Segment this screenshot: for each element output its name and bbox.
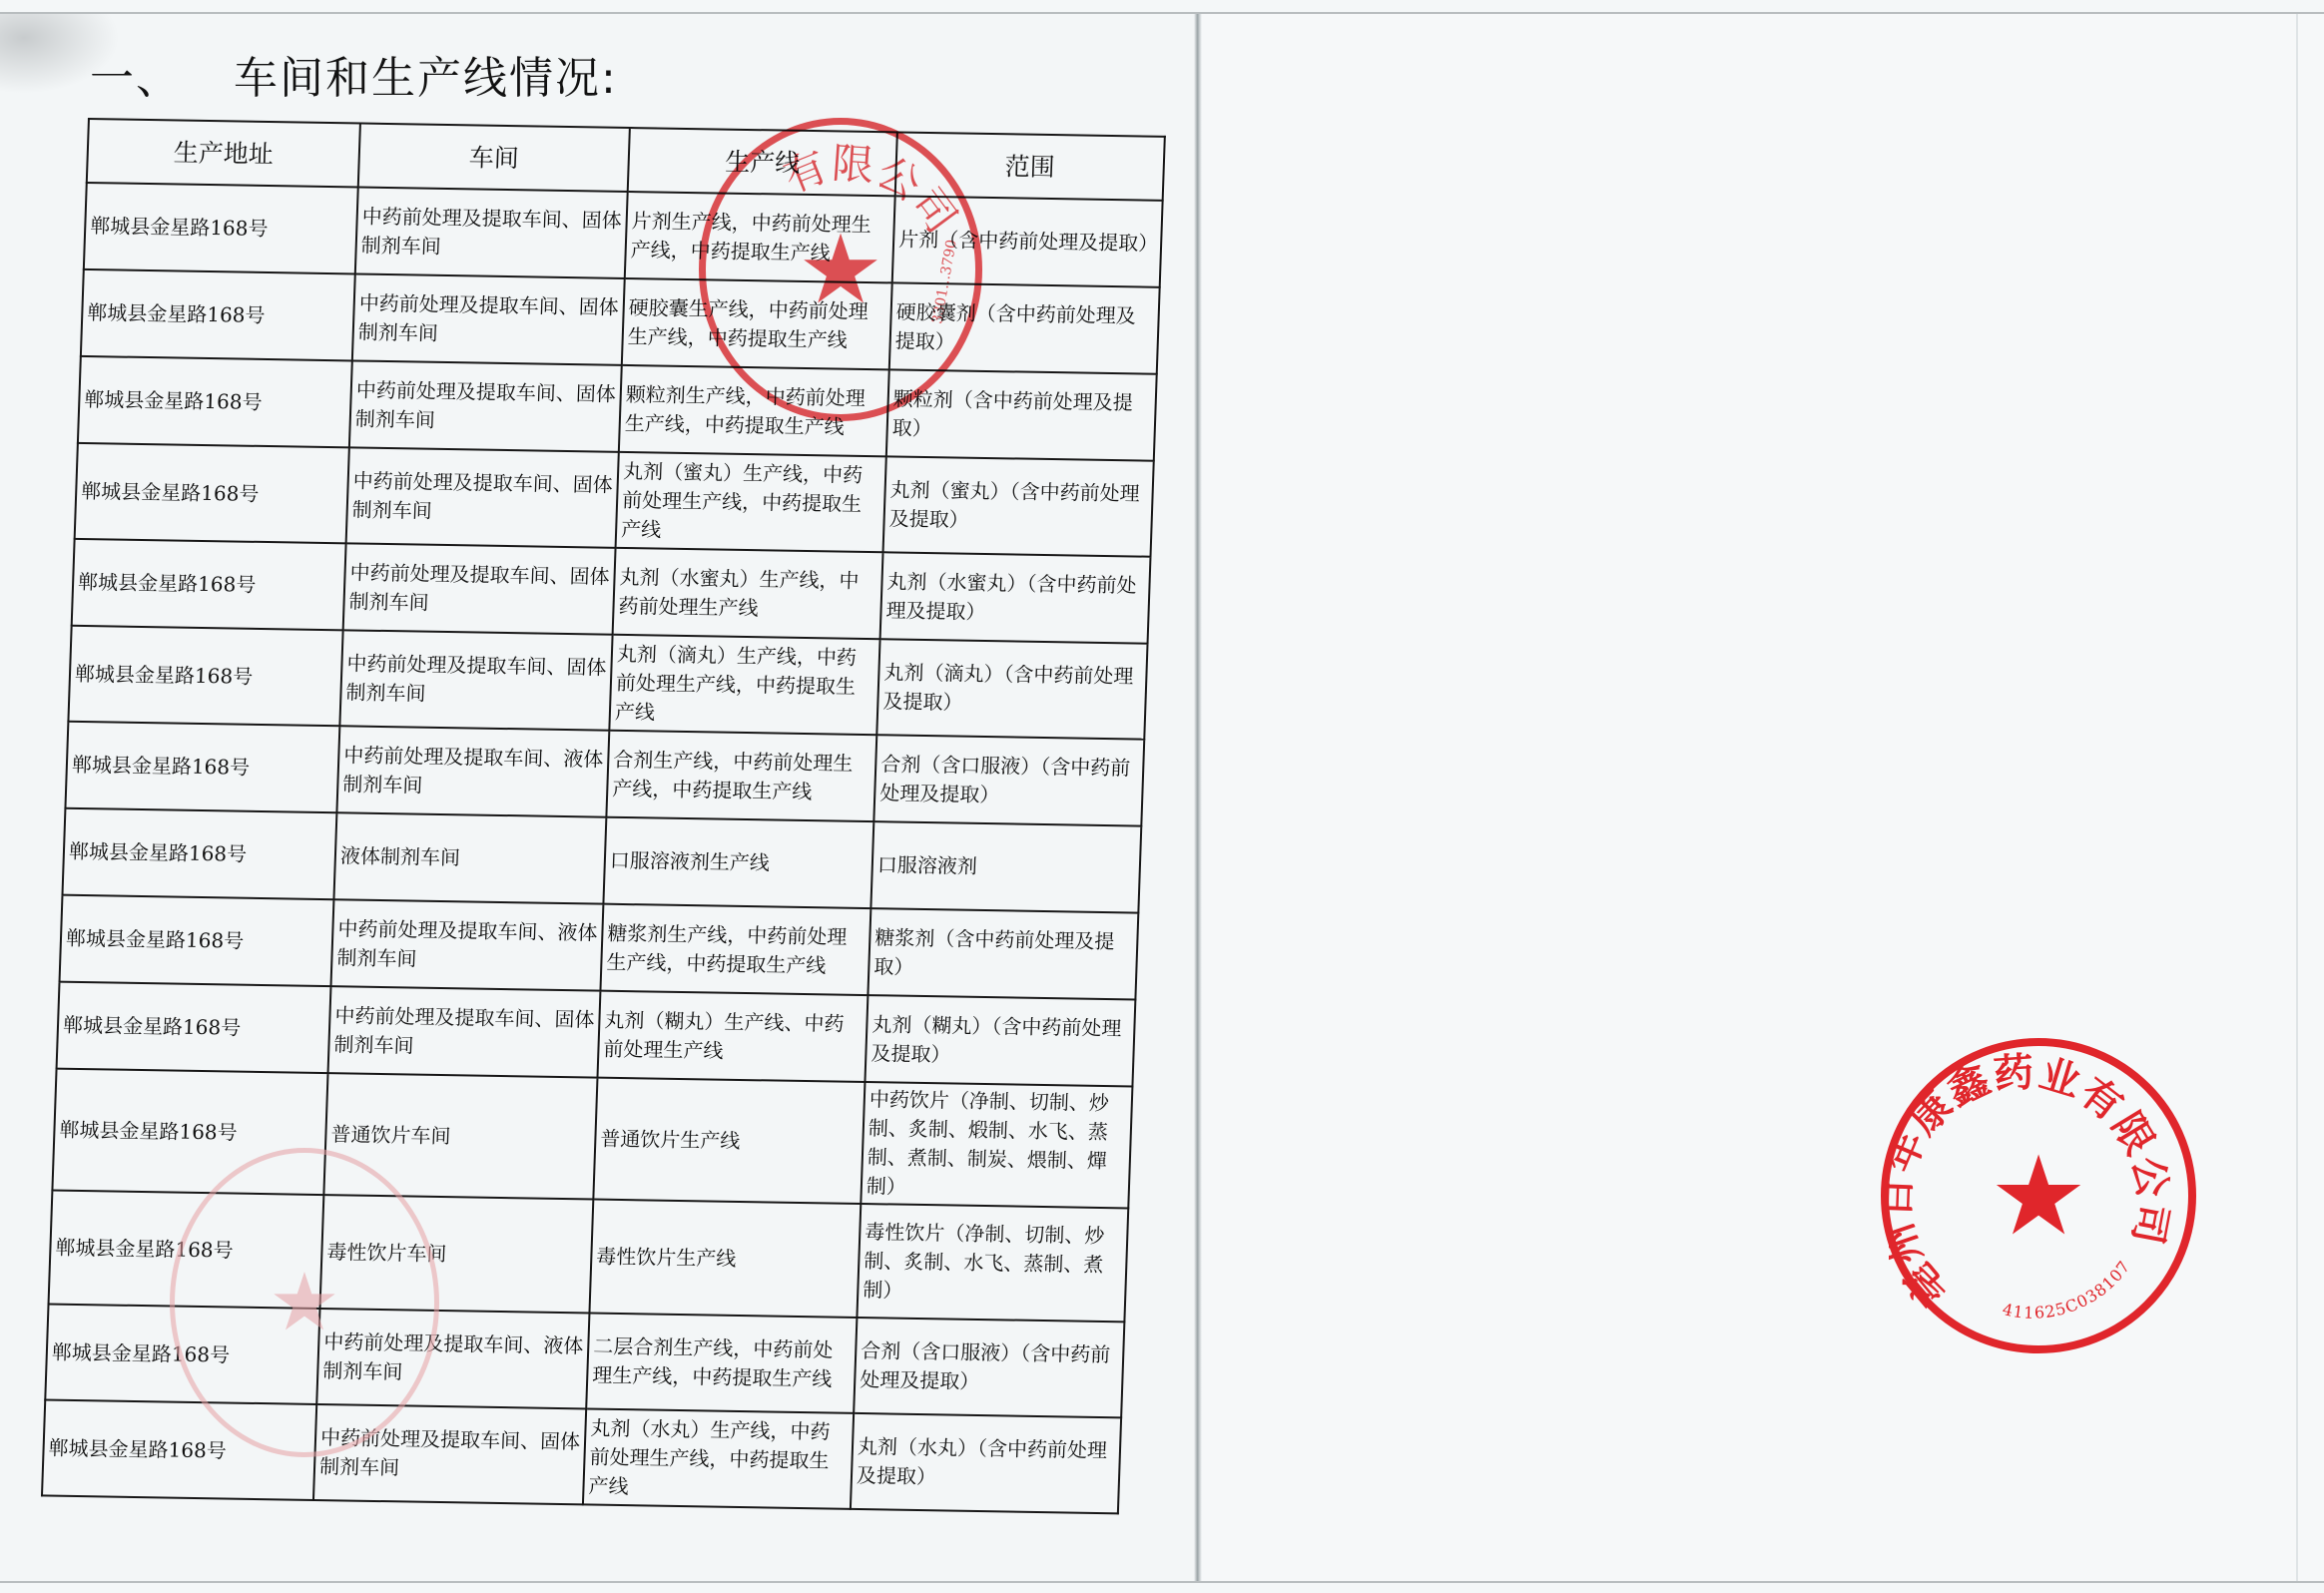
cell-address: 郸城县金星路168号: [78, 356, 352, 447]
cell-scope: 合剂（含口服液）（含中药前处理及提取）: [873, 735, 1144, 825]
cell-line: 口服溶液剂生产线: [603, 817, 873, 908]
cell-workshop: 中药前处理及提取车间、固体制剂车间: [352, 273, 625, 364]
cell-scope: 丸剂（水蜜丸）（含中药前处理及提取）: [880, 552, 1151, 643]
cell-workshop: 中药前处理及提取车间、液体制剂车间: [336, 726, 609, 816]
cell-workshop: 中药前处理及提取车间、固体制剂车间: [355, 187, 628, 277]
cell-scope: 糖浆剂（含中药前处理及提取）: [868, 908, 1138, 999]
cell-address: 郸城县金星路168号: [60, 895, 334, 986]
cell-workshop: 毒性饮片车间: [319, 1195, 593, 1313]
cell-address: 郸城县金星路168号: [49, 1191, 324, 1309]
cell-workshop: 普通饮片车间: [323, 1073, 597, 1199]
header-line: 生产线: [628, 128, 897, 196]
cell-address: 郸城县金星路168号: [52, 1069, 327, 1195]
cell-address: 郸城县金星路168号: [57, 982, 331, 1073]
cell-address: 郸城县金星路168号: [72, 539, 346, 630]
cell-line: 丸剂（水丸）生产线，中药前处理生产线，中药提取生产线: [583, 1408, 854, 1508]
cell-address: 郸城县金星路168号: [65, 722, 339, 812]
table-row: 郸城县金星路168号毒性饮片车间毒性饮片生产线毒性饮片（净制、切制、炒制、炙制、…: [49, 1191, 1129, 1323]
cell-scope: 中药饮片（净制、切制、炒制、炙制、煅制、水飞、蒸制、煮制、制炭、煨制、燀制）: [861, 1082, 1132, 1208]
cell-scope: 颗粒剂（含中药前处理及提取）: [886, 369, 1157, 460]
cell-line: 丸剂（水蜜丸）生产线，中药前处理生产线: [613, 548, 883, 639]
cell-line: 硬胶囊生产线，中药前处理生产线，中药提取生产线: [622, 278, 892, 369]
cell-workshop: 液体制剂车间: [333, 812, 606, 903]
production-lines-table: 生产地址 车间 生产线 范围 郸城县金星路168号中药前处理及提取车间、固体制剂…: [41, 118, 1166, 1514]
cell-line: 毒性饮片生产线: [589, 1200, 861, 1318]
cell-line: 丸剂（滴丸）生产线，中药前处理生产线，中药提取生产线: [609, 635, 879, 735]
cell-address: 郸城县金星路168号: [45, 1305, 319, 1404]
table-row: 郸城县金星路168号中药前处理及提取车间、固体制剂车间丸剂（水丸）生产线，中药前…: [42, 1399, 1121, 1513]
section-number: 一、: [90, 53, 182, 104]
cell-workshop: 中药前处理及提取车间、固体制剂车间: [313, 1404, 586, 1504]
cell-line: 二层合剂生产线，中药前处理生产线，中药提取生产线: [586, 1313, 857, 1412]
cell-scope: 口服溶液剂: [871, 821, 1141, 912]
cell-workshop: 中药前处理及提取车间、液体制剂车间: [330, 899, 603, 990]
cell-line: 合剂生产线，中药前处理生产线，中药提取生产线: [606, 731, 876, 821]
cell-workshop: 中药前处理及提取车间、固体制剂车间: [349, 360, 622, 451]
cell-line: 片剂生产线，中药前处理生产线，中药提取生产线: [625, 192, 895, 282]
cell-workshop: 中药前处理及提取车间、液体制剂车间: [316, 1309, 589, 1408]
cell-address: 郸城县金星路168号: [75, 443, 349, 543]
header-scope: 范围: [895, 132, 1165, 200]
cell-line: 丸剂（蜜丸）生产线，中药前处理生产线，中药提取生产线: [616, 452, 886, 552]
table-row: 郸城县金星路168号中药前处理及提取车间、固体制剂车间丸剂（滴丸）生产线，中药前…: [68, 626, 1147, 740]
scan-bottom-edge: [0, 1581, 2324, 1583]
cell-scope: 丸剂（蜜丸）（含中药前处理及提取）: [883, 456, 1154, 556]
cell-line: 颗粒剂生产线，中药前处理生产线，中药提取生产线: [619, 365, 889, 456]
cell-scope: 合剂（含口服液）（含中药前处理及提取）: [854, 1318, 1124, 1417]
table-row: 郸城县金星路168号中药前处理及提取车间、液体制剂车间二层合剂生产线，中药前处理…: [45, 1305, 1124, 1418]
cell-scope: 毒性饮片（净制、切制、炒制、炙制、水飞、蒸制、煮制）: [857, 1204, 1128, 1322]
header-workshop: 车间: [358, 124, 630, 192]
cell-address: 郸城县金星路168号: [81, 269, 355, 360]
cell-scope: 丸剂（滴丸）（含中药前处理及提取）: [876, 639, 1147, 739]
cell-scope: 硬胶囊剂（含中药前处理及提取）: [889, 282, 1160, 373]
cell-address: 郸城县金星路168号: [42, 1399, 316, 1499]
cell-address: 郸城县金星路168号: [68, 626, 342, 726]
page-fold: [1194, 14, 1202, 1581]
right-page: [1200, 14, 2324, 1581]
cell-line: 丸剂（糊丸）生产线、中药前处理生产线: [597, 991, 868, 1082]
table-row: 郸城县金星路168号普通饮片车间普通饮片生产线中药饮片（净制、切制、炒制、炙制、…: [52, 1069, 1132, 1209]
table-row: 郸城县金星路168号中药前处理及提取车间、固体制剂车间丸剂（蜜丸）生产线，中药前…: [75, 443, 1154, 557]
production-table-wrapper: 生产地址 车间 生产线 范围 郸城县金星路168号中药前处理及提取车间、固体制剂…: [41, 118, 1164, 1514]
section-title-text: 车间和生产线情况:: [234, 53, 618, 104]
cell-scope: 丸剂（水丸）（含中药前处理及提取）: [851, 1413, 1121, 1513]
cell-line: 糖浆剂生产线，中药前处理生产线，中药提取生产线: [600, 904, 871, 995]
section-title: 一、车间和生产线情况:: [90, 42, 618, 106]
table-body: 郸城县金星路168号中药前处理及提取车间、固体制剂车间片剂生产线，中药前处理生产…: [42, 183, 1163, 1513]
cell-workshop: 中药前处理及提取车间、固体制剂车间: [343, 543, 616, 634]
header-address: 生产地址: [87, 119, 360, 187]
cell-workshop: 中药前处理及提取车间、固体制剂车间: [339, 630, 612, 730]
cell-line: 普通饮片生产线: [593, 1078, 865, 1204]
cell-scope: 丸剂（糊丸）（含中药前处理及提取）: [865, 995, 1135, 1086]
cell-address: 郸城县金星路168号: [62, 808, 336, 899]
cell-scope: 片剂（含中药前处理及提取）: [892, 196, 1163, 286]
cell-address: 郸城县金星路168号: [84, 183, 358, 273]
cell-workshop: 中药前处理及提取车间、固体制剂车间: [346, 447, 619, 547]
cell-workshop: 中药前处理及提取车间、固体制剂车间: [328, 986, 601, 1077]
scan-right-edge: [2296, 14, 2298, 1581]
